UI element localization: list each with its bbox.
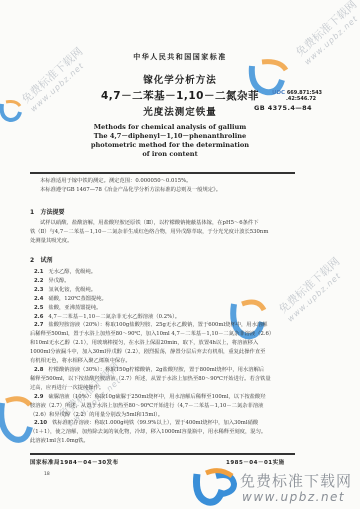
country-standard-label: 中华人民共和国国家标准 — [0, 52, 360, 62]
section-1-heading: 1 方法提要 — [30, 207, 64, 216]
reagent-item: 2.10铁标准贮存溶液：称取1.000g纯铁（99.9%以上），置于400ml烧… — [34, 419, 274, 446]
issue-date: 国家标准局1984－04－30发布 — [30, 458, 119, 466]
reagent-item: 2.64,7－二苯基－1,10－二氮杂菲无水乙醇溶液（0.2%）。 — [34, 313, 274, 322]
effective-date: 1985－04－01实施 — [226, 458, 285, 466]
reagent-item: 2.7盐酸羟胺溶液（20%）：称取100g盐酸羟胺、25g无水乙酸钠，置于600… — [34, 321, 274, 366]
reagent-item: 2.2异戊醇。 — [34, 277, 274, 286]
reagent-item: 2.4硝酸，120℃蒸馏提纯。 — [34, 295, 274, 304]
reagent-list: 2.1无水乙醇，优级纯。 2.2异戊醇。 2.3氢氧化铵，优级纯。 2.4硝酸，… — [34, 268, 274, 446]
brand-logo: 免费标准下载网 www.upbz.net — [192, 468, 360, 508]
reagent-item: 2.1无水乙醇，优级纯。 — [34, 268, 274, 277]
watermark-mid-right: 免费标准下载网 www.upbz.net — [275, 253, 349, 323]
reagent-item: 2.8柠檬酸钠溶液（30%）：称取150g柠檬酸钠，2g盐酸羟胺，置于800ml… — [34, 366, 274, 393]
reagent-item: 2.5盐酸，亚沸蒸馏提纯。 — [34, 304, 274, 313]
title-cn-line-1: 镓化学分析方法 — [0, 72, 360, 86]
reagent-item: 2.3氢氧化铵，优级纯。 — [34, 286, 274, 295]
section-1-paragraph: 试样以硝酸、盐酸溶解，用盐酸羟胺还原铁（Ⅲ），以柠檬酸钠掩蔽基体镓，在pH5～6… — [30, 219, 268, 246]
gb-number: GB 4375.4—84 — [254, 104, 312, 112]
title-en: Methods for chemical analysis of gallium… — [60, 123, 280, 159]
scope-text: 本标准适用于镓中铁的测定。测定范围：0.000050～0.015%。 本标准遵守… — [40, 177, 221, 195]
reagent-item: 2.9硫脲溶液（10%）：称取10g硫脲于250ml烧杯中，用水溶解后稀释至10… — [34, 393, 274, 420]
header-divider — [30, 172, 295, 174]
up-logo-icon — [192, 468, 238, 508]
page-number: 18 — [44, 472, 50, 477]
section-2-heading: 2 试剂 — [30, 255, 52, 264]
footer-divider — [30, 453, 295, 455]
udc-code: UDC 669.871:543 .42:546.72 — [272, 90, 322, 102]
